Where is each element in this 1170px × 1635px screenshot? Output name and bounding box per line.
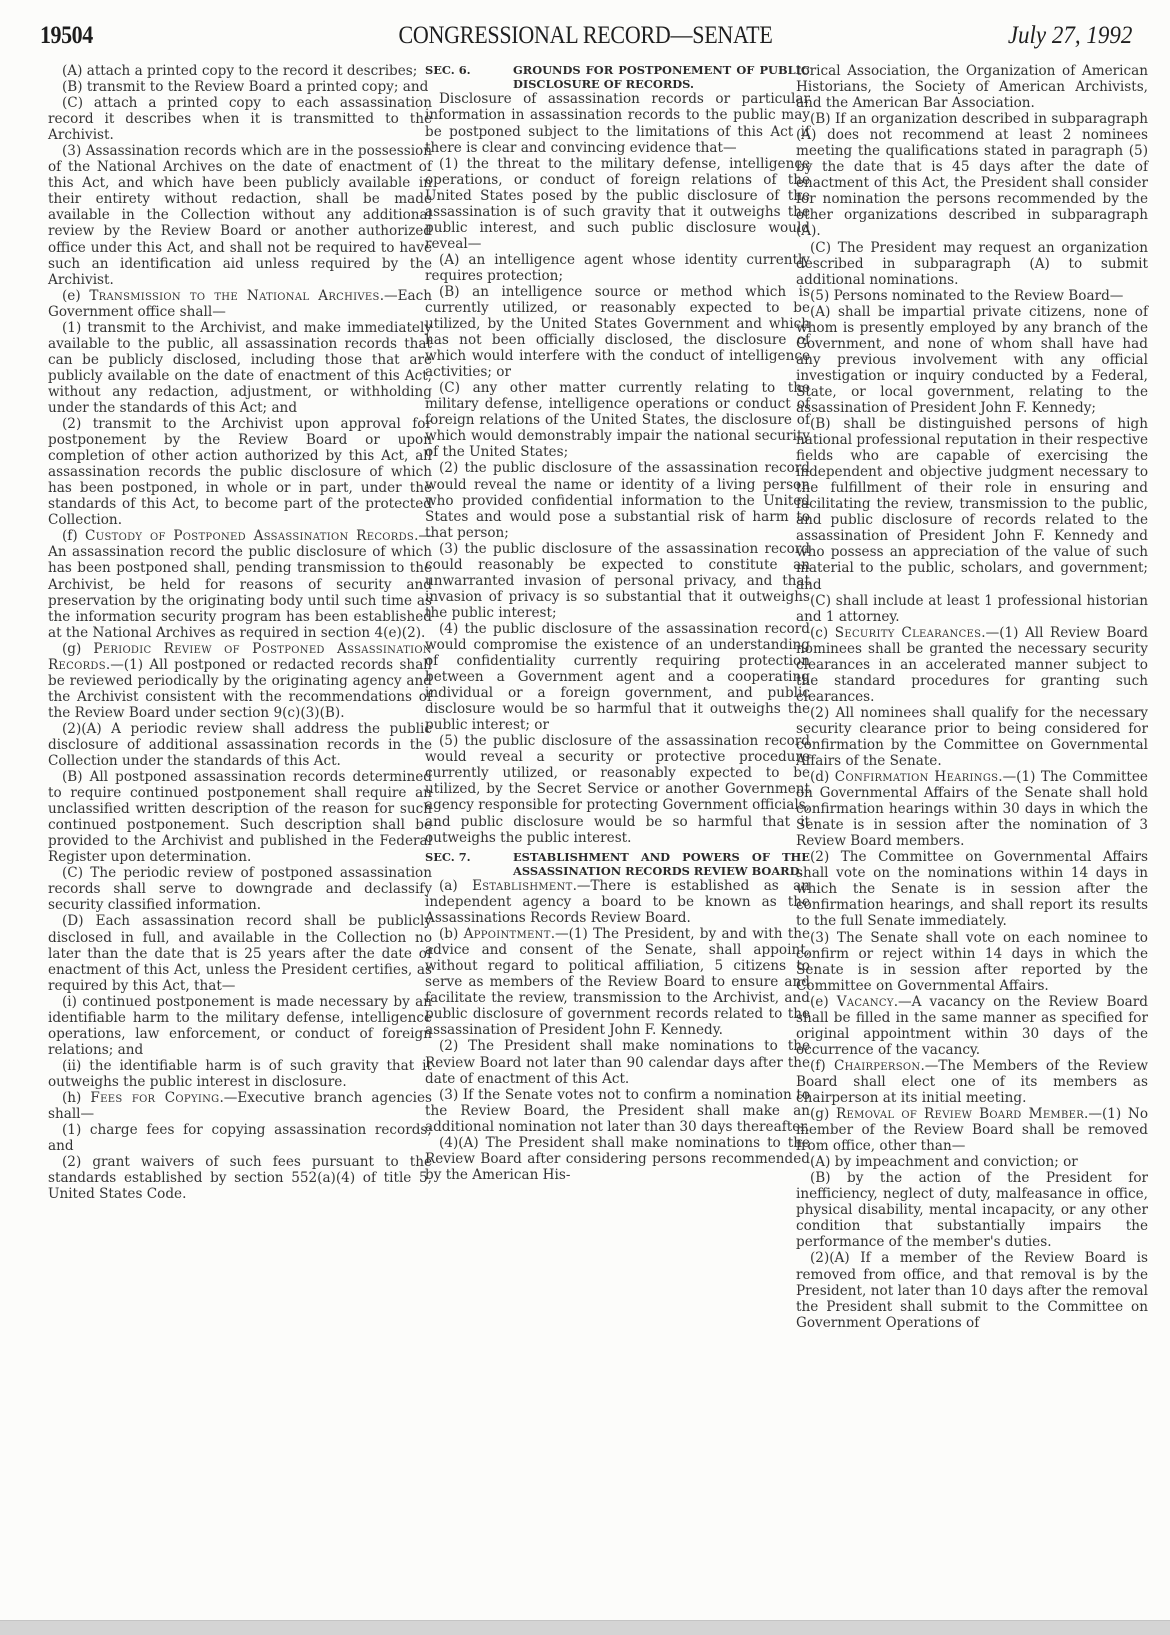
subsection-paragraph: (f) Chairperson.—The Members of the Revi… bbox=[796, 1058, 1148, 1106]
subsection-marker: (g) bbox=[62, 641, 93, 657]
page-header: 19504 CONGRESSIONAL RECORD—SENATE July 2… bbox=[40, 22, 1132, 56]
paragraph: (3) If the Senate votes not to confirm a… bbox=[425, 1087, 810, 1135]
paragraph: (4)(A) The President shall make nominati… bbox=[425, 1135, 810, 1183]
text-column-3: torical Association, the Organization of… bbox=[796, 63, 1148, 1331]
subsection-heading: Appointment bbox=[464, 926, 551, 942]
text-column-1: (A) attach a printed copy to the record … bbox=[48, 63, 432, 1202]
publication-title-text: CONGRESSIONAL RECORD—SENATE bbox=[399, 22, 773, 50]
paragraph: (C) shall include at least 1 professiona… bbox=[796, 593, 1148, 625]
subsection-text: .—An assassination record the public dis… bbox=[48, 528, 432, 640]
paragraph: (2)(A) If a member of the Review Board i… bbox=[796, 1250, 1148, 1330]
paragraph: (i) continued postponement is made neces… bbox=[48, 994, 432, 1058]
paragraph: (2) The President shall make nominations… bbox=[425, 1038, 810, 1086]
subsection-marker: (a) bbox=[439, 878, 472, 894]
paragraph: (A) shall be impartial private citizens,… bbox=[796, 304, 1148, 416]
paragraph: (A) attach a printed copy to the record … bbox=[48, 63, 432, 79]
subsection-heading: Transmission to the National Archives bbox=[89, 288, 379, 304]
paragraph: (3) Assassination records which are in t… bbox=[48, 143, 432, 287]
paragraph: (2) transmit to the Archivist upon appro… bbox=[48, 416, 432, 528]
text-column-2: SEC. 6.GROUNDS FOR POSTPONEMENT OF PUBLI… bbox=[425, 63, 810, 1183]
paragraph: (2)(A) A periodic review shall address t… bbox=[48, 721, 432, 769]
subsection-paragraph: (e) Vacancy.—A vacancy on the Review Boa… bbox=[796, 994, 1148, 1058]
subsection-marker: (e) bbox=[62, 288, 89, 304]
subsection-heading: Vacancy bbox=[837, 994, 894, 1010]
issue-date: July 27, 1992 bbox=[1007, 22, 1132, 50]
paragraph: (B) shall be distinguished persons of hi… bbox=[796, 416, 1148, 593]
section-title: GROUNDS FOR POSTPONEMENT OF PUBLIC DISCL… bbox=[513, 63, 810, 91]
subsection-marker: (h) bbox=[62, 1090, 90, 1106]
subsection-text: .—(1) The President, by and with the adv… bbox=[425, 926, 810, 1038]
section-heading-sec-7: SEC. 7.ESTABLISHMENT AND POWERS OF THE A… bbox=[425, 850, 810, 878]
subsection-paragraph: (g) Periodic Review of Postponed Assassi… bbox=[48, 641, 432, 721]
subsection-paragraph: (h) Fees for Copying.—Executive branch a… bbox=[48, 1090, 432, 1122]
publication-title: CONGRESSIONAL RECORD—SENATE bbox=[40, 22, 1132, 50]
paragraph: (2) the public disclosure of the assassi… bbox=[425, 460, 810, 540]
paragraph: (C) The periodic review of postponed ass… bbox=[48, 865, 432, 913]
subsection-heading: Removal of Review Board Member bbox=[836, 1106, 1084, 1122]
subsection-paragraph: (b) Appointment.—(1) The President, by a… bbox=[425, 926, 810, 1038]
subsection-marker: (d) bbox=[810, 769, 835, 785]
subsection-paragraph: (e) Transmission to the National Archive… bbox=[48, 288, 432, 320]
paragraph: (1) transmit to the Archivist, and make … bbox=[48, 320, 432, 416]
section-title: ESTABLISHMENT AND POWERS OF THE ASSASSIN… bbox=[513, 850, 810, 878]
paragraph: (A) by impeachment and conviction; or bbox=[796, 1154, 1148, 1170]
subsection-text: .—(1) All postponed or redacted records … bbox=[48, 657, 432, 721]
subsection-paragraph: (d) Confirmation Hearings.—(1) The Commi… bbox=[796, 769, 1148, 849]
paragraph: (B) If an organization described in subp… bbox=[796, 111, 1148, 239]
paragraph: (B) All postponed assassination records … bbox=[48, 769, 432, 865]
paragraph: Disclosure of assassination records or p… bbox=[425, 91, 810, 155]
paragraph: (B) by the action of the President for i… bbox=[796, 1170, 1148, 1250]
paragraph: (C) The President may request an organiz… bbox=[796, 240, 1148, 288]
subsection-marker: (g) bbox=[810, 1106, 836, 1122]
subsection-heading: Confirmation Hearings bbox=[835, 769, 998, 785]
subsection-paragraph: (a) Establishment.—There is established … bbox=[425, 878, 810, 926]
paragraph: (1) the threat to the military defense, … bbox=[425, 156, 810, 252]
paragraph: (3) the public disclosure of the assassi… bbox=[425, 541, 810, 621]
paragraph: (2) All nominees shall qualify for the n… bbox=[796, 705, 1148, 769]
paragraph: (5) Persons nominated to the Review Boar… bbox=[796, 288, 1148, 304]
subsection-heading: Establishment bbox=[472, 878, 573, 894]
subsection-marker: (e) bbox=[810, 994, 837, 1010]
paragraph: (4) the public disclosure of the assassi… bbox=[425, 621, 810, 733]
subsection-paragraph: (g) Removal of Review Board Member.—(1) … bbox=[796, 1106, 1148, 1154]
document-page: 19504 CONGRESSIONAL RECORD—SENATE July 2… bbox=[0, 0, 1170, 1620]
scan-bottom-edge bbox=[0, 1620, 1170, 1635]
subsection-marker: (c) bbox=[810, 625, 835, 641]
paragraph: (B) an intelligence source or method whi… bbox=[425, 284, 810, 380]
subsection-marker: (b) bbox=[439, 926, 464, 942]
paragraph-continuation: torical Association, the Organization of… bbox=[796, 63, 1148, 111]
subsection-paragraph: (f) Custody of Postponed Assassination R… bbox=[48, 528, 432, 640]
paragraph: (D) Each assassination record shall be p… bbox=[48, 913, 432, 993]
section-number: SEC. 6. bbox=[425, 63, 471, 77]
paragraph: (1) charge fees for copying assassinatio… bbox=[48, 1122, 432, 1154]
paragraph: (3) The Senate shall vote on each nomine… bbox=[796, 930, 1148, 994]
subsection-marker: (f) bbox=[62, 528, 85, 544]
section-number: SEC. 7. bbox=[425, 850, 471, 864]
subsection-marker: (f) bbox=[810, 1058, 834, 1074]
paragraph: (5) the public disclosure of the assassi… bbox=[425, 733, 810, 845]
paragraph: (ii) the identifiable harm is of such gr… bbox=[48, 1058, 432, 1090]
subsection-heading: Chairperson bbox=[834, 1058, 920, 1074]
paragraph: (2) grant waivers of such fees pursuant … bbox=[48, 1154, 432, 1202]
paragraph: (2) The Committee on Governmental Affair… bbox=[796, 849, 1148, 929]
paragraph: (B) transmit to the Review Board a print… bbox=[48, 79, 432, 95]
subsection-heading: Custody of Postponed Assassination Recor… bbox=[85, 528, 414, 544]
subsection-heading: Fees for Copying bbox=[90, 1090, 219, 1106]
paragraph: (A) an intelligence agent whose identity… bbox=[425, 252, 810, 284]
subsection-paragraph: (c) Security Clearances.—(1) All Review … bbox=[796, 625, 1148, 705]
paragraph: (C) attach a printed copy to each assass… bbox=[48, 95, 432, 143]
subsection-heading: Security Clearances bbox=[835, 625, 982, 641]
paragraph: (C) any other matter currently relating … bbox=[425, 380, 810, 460]
section-heading-sec-6: SEC. 6.GROUNDS FOR POSTPONEMENT OF PUBLI… bbox=[425, 63, 810, 91]
